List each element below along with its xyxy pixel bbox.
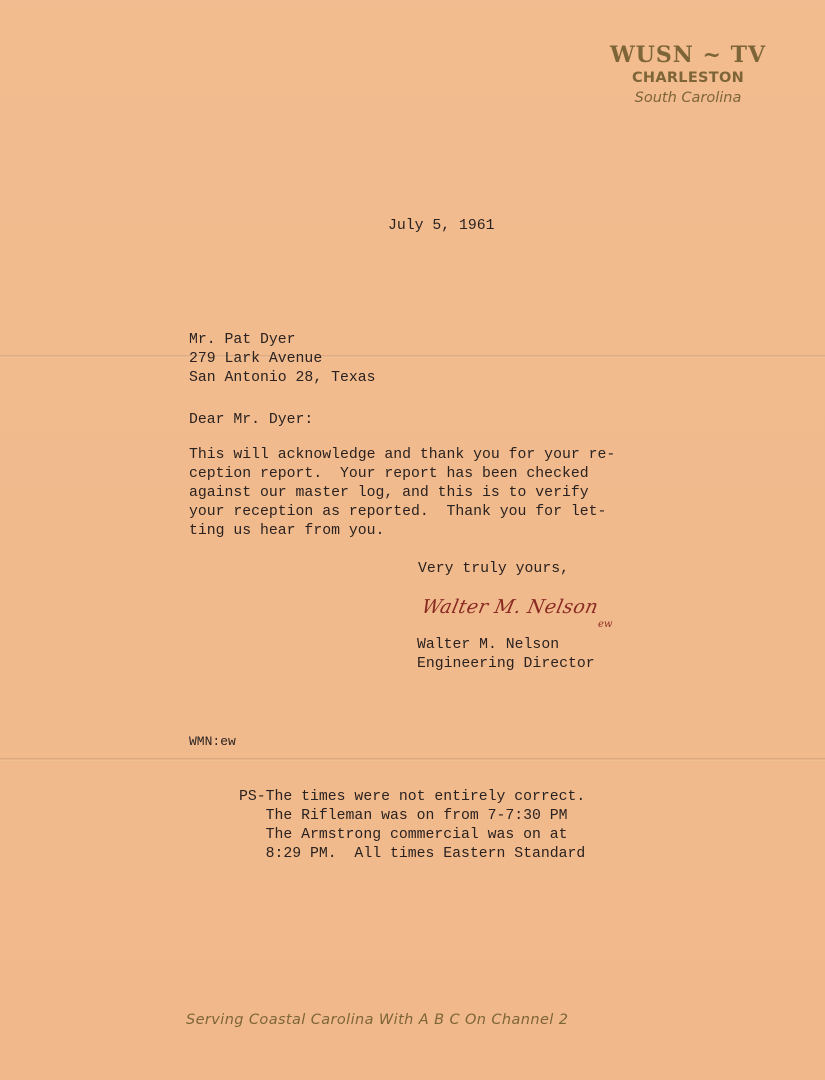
paper-fold-line (0, 758, 825, 761)
recipient-city-state: San Antonio 28, Texas (189, 369, 375, 388)
ps-line: 8:29 PM. All times Eastern Standard (239, 845, 585, 864)
closing: Very truly yours, (418, 560, 569, 579)
station-state: South Carolina (593, 88, 783, 108)
handwritten-signature: Walter M. Nelson (420, 596, 601, 618)
recipient-name: Mr. Pat Dyer (189, 331, 375, 350)
reference-initials: WMN:ew (189, 732, 236, 751)
footer-tagline: Serving Coastal Carolina With A B C On C… (186, 1012, 568, 1028)
body-line: against our master log, and this is to v… (189, 484, 615, 503)
ps-line: The Rifleman was on from 7-7:30 PM (239, 807, 585, 826)
body-line: ting us hear from you. (189, 522, 615, 541)
signature-initials: ew (598, 619, 612, 630)
signer-block: Walter M. NelsonEngineering Director (417, 636, 595, 674)
paper-fold-line (0, 355, 825, 358)
recipient-address: Mr. Pat Dyer279 Lark AvenueSan Antonio 2… (189, 331, 375, 388)
signer-name: Walter M. Nelson (417, 636, 595, 655)
letter-body: This will acknowledge and thank you for … (189, 446, 615, 541)
body-line: your reception as reported. Thank you fo… (189, 503, 615, 522)
station-name: WUSN ~ TV (593, 42, 783, 68)
ps-line: The Armstrong commercial was on at (239, 826, 585, 845)
letter-date: July 5, 1961 (388, 217, 495, 236)
signer-title: Engineering Director (417, 655, 595, 674)
body-line: This will acknowledge and thank you for … (189, 446, 615, 465)
salutation: Dear Mr. Dyer: (189, 411, 313, 430)
ps-line: PS-The times were not entirely correct. (239, 788, 585, 807)
body-line: ception report. Your report has been che… (189, 465, 615, 484)
postscript: PS-The times were not entirely correct. … (239, 788, 585, 864)
recipient-street: 279 Lark Avenue (189, 350, 375, 369)
station-city: CHARLESTON (593, 68, 783, 88)
letterhead: WUSN ~ TV CHARLESTON South Carolina (593, 42, 783, 108)
